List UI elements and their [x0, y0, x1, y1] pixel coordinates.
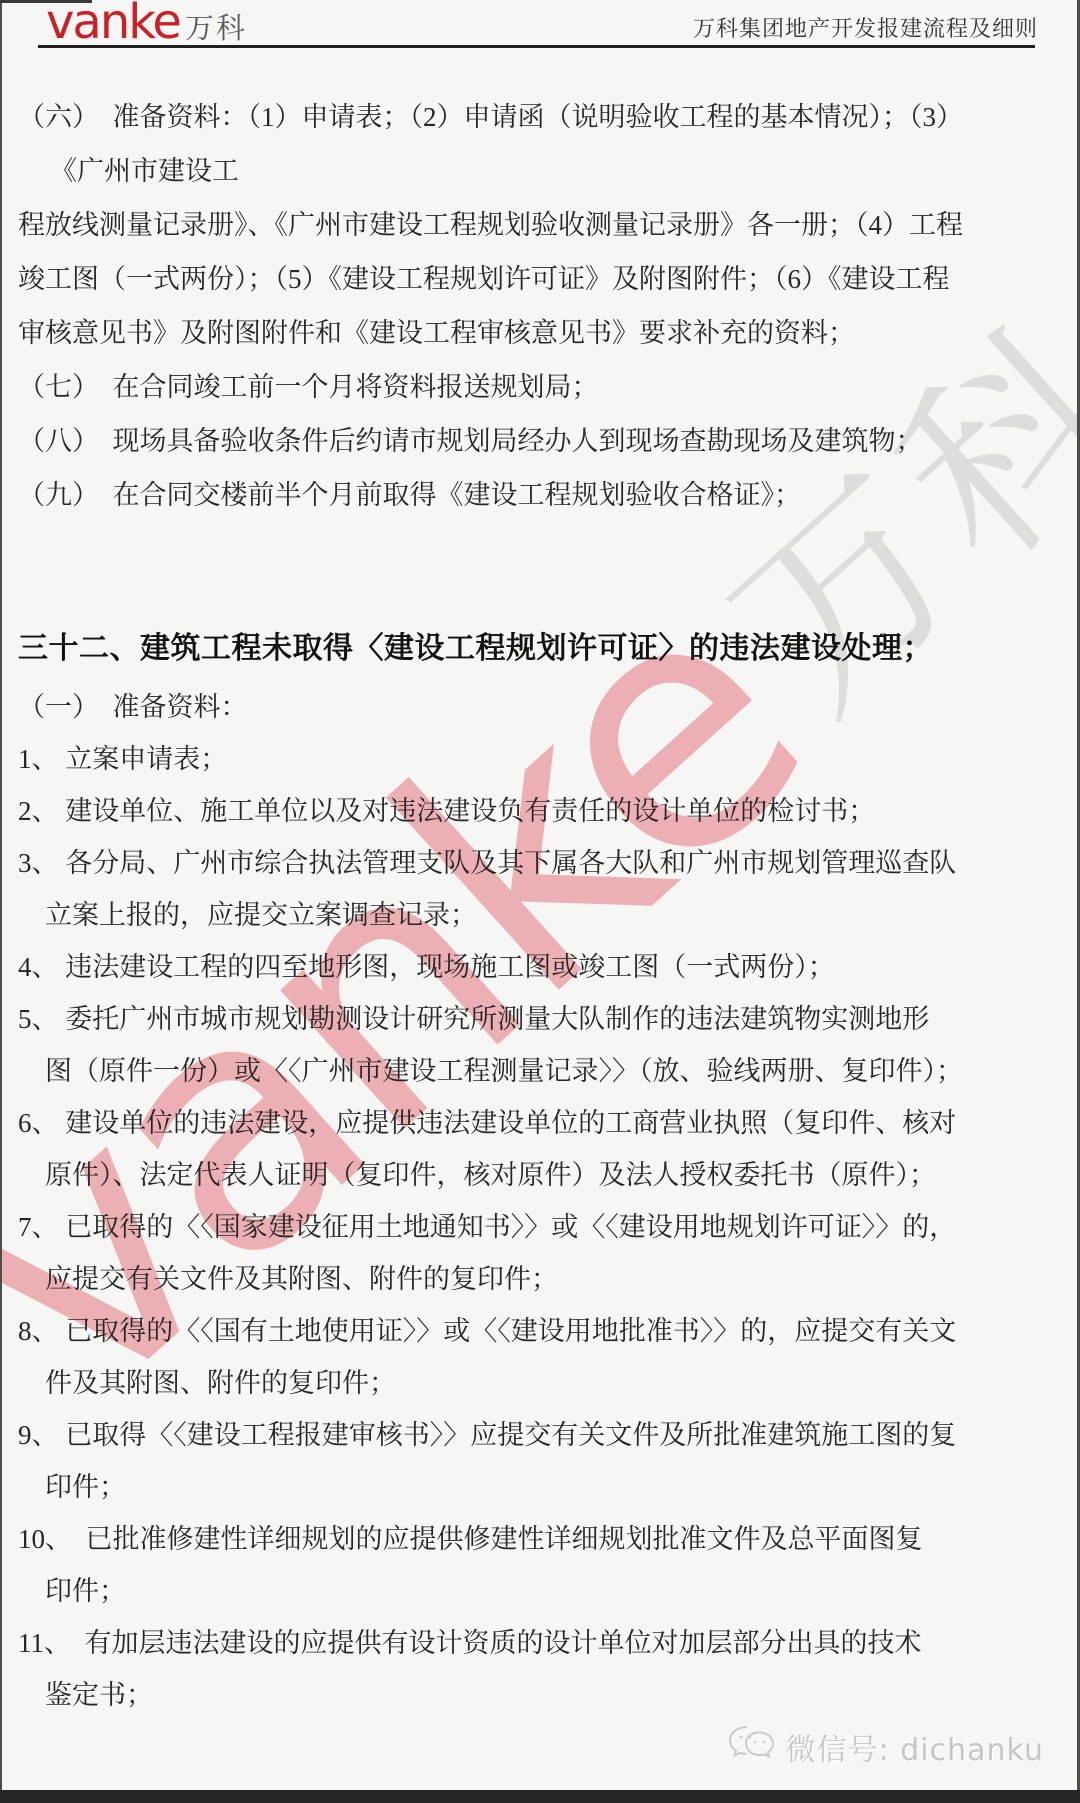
bottom-bar [0, 1790, 1080, 1803]
body-line: 6、 建设单位的违法建设，应提供违法建设单位的工商营业执照（复印件、核对 [18, 1097, 1058, 1149]
header-divider [38, 45, 1035, 48]
body-line: （九） 在合同交楼前半个月前取得《建设工程规划验收合格证》； [18, 468, 1058, 522]
body-line: （六） 准备资料：（1）申请表；（2）申请函（说明验收工程的基本情况）；（3） [18, 90, 1058, 144]
left-border [0, 0, 2, 1803]
doc-title: 万科集团地产开发报建流程及细则 [693, 12, 1038, 43]
vanke-logo: vanke万科 [46, 0, 247, 50]
body-line: 10、 已批准修建性详细规划的应提供修建性详细规划批准文件及总平面图复 [18, 1513, 1058, 1565]
wechat-icon [728, 1724, 776, 1770]
body-line: 8、 已取得的〈〈国有土地使用证〉〉或〈〈建设用地批准书〉〉的，应提交有关文 [18, 1305, 1058, 1357]
body-line: 《广州市建设工 [18, 144, 1058, 198]
body-line: （八） 现场具备验收条件后约请市规划局经办人到现场查勘现场及建筑物； [18, 414, 1058, 468]
body-line: 鉴定书； [18, 1669, 1058, 1721]
body-line: 件及其附图、附件的复印件； [18, 1357, 1058, 1409]
top-left-border-segment [0, 0, 92, 3]
body-line: 1、 立案申请表； [18, 733, 1058, 785]
page-header: vanke万科 万科集团地产开发报建流程及细则 [0, 0, 1080, 60]
body-line [18, 522, 1058, 617]
body-line: 4、 违法建设工程的四至地形图，现场施工图或竣工图（一式两份）； [18, 941, 1058, 993]
body-line: （一） 准备资料： [18, 681, 1058, 733]
body-line: 11、 有加层违法建设的应提供有设计资质的设计单位对加层部分出具的技术 [18, 1617, 1058, 1669]
body-line: 3、 各分局、广州市综合执法管理支队及其下属各大队和广州市规划管理巡查队 [18, 837, 1058, 889]
body-line: 印件； [18, 1461, 1058, 1513]
body-line: 审核意见书》及附图附件和《建设工程审核意见书》要求补充的资料； [18, 306, 1058, 360]
body-line: 原件）、法定代表人证明（复印件，核对原件）及法人授权委托书（原件）； [18, 1149, 1058, 1201]
document-body: （六） 准备资料：（1）申请表；（2）申请函（说明验收工程的基本情况）；（3）《… [18, 90, 1058, 1721]
body-line: （七） 在合同竣工前一个月将资料报送规划局； [18, 360, 1058, 414]
body-line: 7、 已取得的〈〈国家建设征用土地通知书〉〉或〈〈建设用地规划许可证〉〉的， [18, 1201, 1058, 1253]
body-line: 印件； [18, 1565, 1058, 1617]
body-line: 竣工图（一式两份）；（5）《建设工程规划许可证》及附图附件；（6）《建设工程 [18, 252, 1058, 306]
logo-wanke-characters: 万科 [185, 11, 247, 45]
body-line: 应提交有关文件及其附图、附件的复印件； [18, 1253, 1058, 1305]
section-heading: 三十二、建筑工程未取得〈建设工程规划许可证〉的违法建设处理； [18, 617, 1058, 681]
logo-vanke-wordmark: vanke [46, 0, 180, 50]
body-line: 5、 委托广州市城市规划勘测设计研究所测量大队制作的违法建筑物实测地形 [18, 993, 1058, 1045]
body-line: 2、 建设单位、施工单位以及对违法建设负有责任的设计单位的检讨书； [18, 785, 1058, 837]
wechat-id-label: 微信号: dichanku [786, 1725, 1044, 1769]
body-line: 图（原件一份）或〈〈广州市建设工程测量记录〉〉（放、验线两册、复印件）； [18, 1045, 1058, 1097]
body-line: 立案上报的，应提交立案调查记录； [18, 889, 1058, 941]
body-line: 9、 已取得〈〈建设工程报建审核书〉〉应提交有关文件及所批准建筑施工图的复 [18, 1409, 1058, 1461]
body-line: 程放线测量记录册》、《广州市建设工程规划验收测量记录册》各一册；（4）工程 [18, 198, 1058, 252]
footer: 微信号: dichanku [728, 1722, 1044, 1772]
